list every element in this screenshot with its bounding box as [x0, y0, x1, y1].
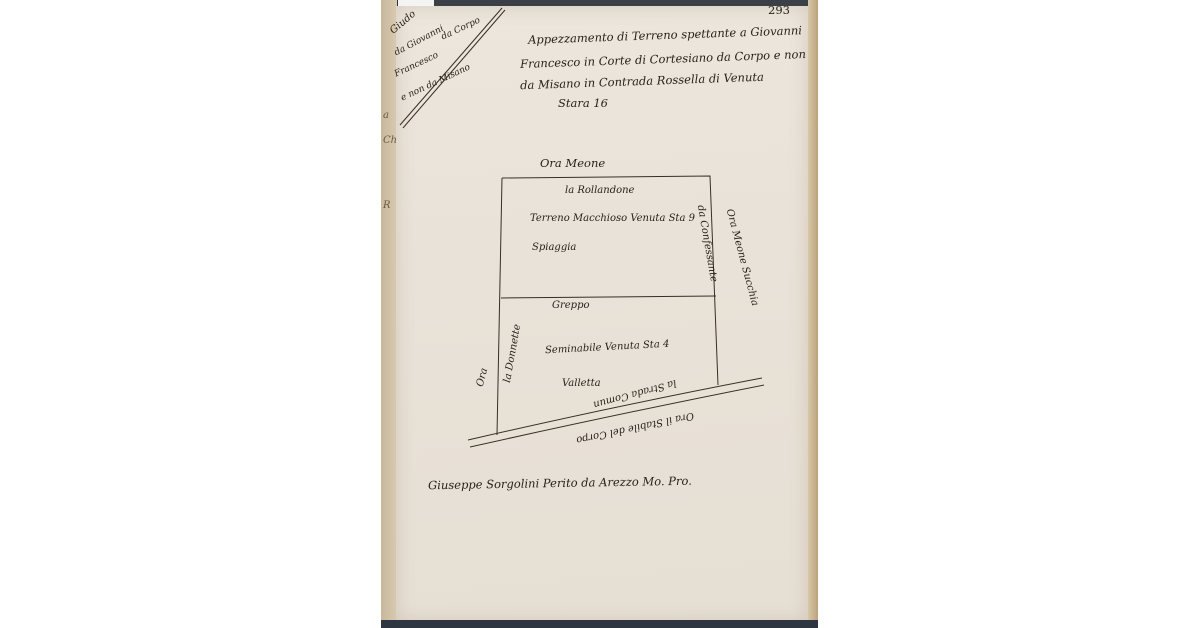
heading-line-4: Stara 16 — [558, 96, 608, 110]
map-drawing — [0, 0, 1200, 628]
lower-parcel-line-2: Valletta — [562, 378, 601, 389]
page-number: 293 — [768, 3, 790, 17]
upper-parcel-line-1: la Rollandone — [565, 185, 634, 196]
north-boundary-label: Ora Meone — [540, 156, 605, 170]
upper-parcel-line-2: Terreno Macchioso Venuta Sta 9 — [530, 213, 695, 224]
lower-parcel-top-label: Greppo — [552, 300, 590, 311]
upper-parcel-line-3: Spiaggia — [532, 242, 576, 253]
